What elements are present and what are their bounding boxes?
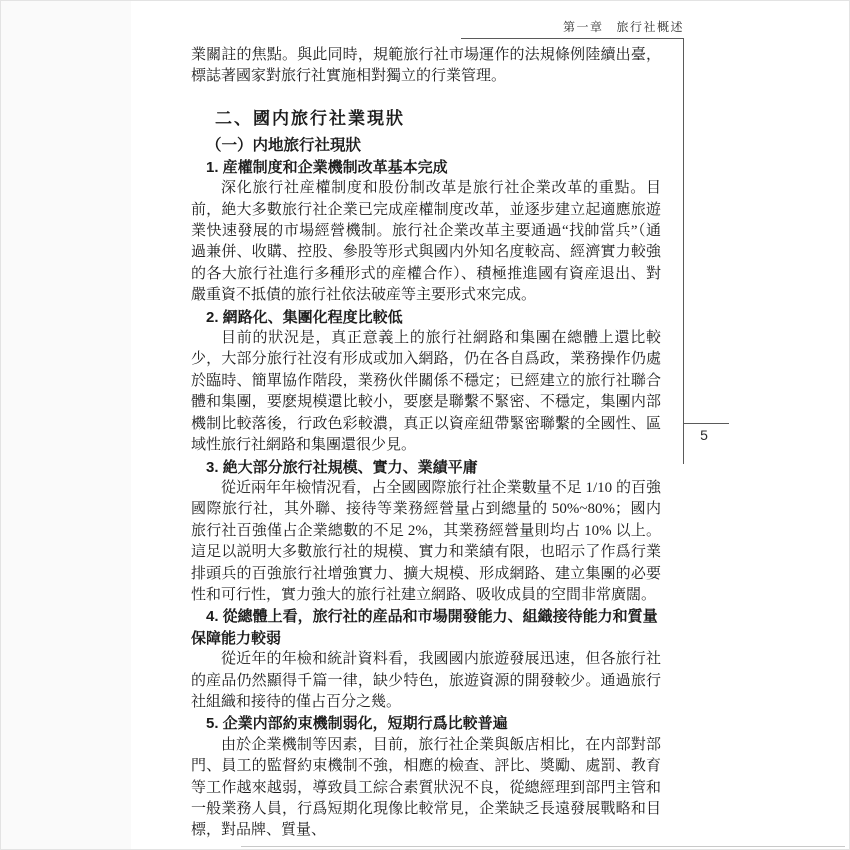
item-1-paragraph: 深化旅行社産權制度和股份制改革是旅行社企業改革的重點。目前，絶大多數旅行社企業已… xyxy=(191,178,661,306)
item-4-paragraph: 從近年的年檢和統計資料看，我國國内旅遊發展迅速，但各旅行社的産品仍然顯得千篇一律… xyxy=(191,649,661,713)
item-3-heading: 3. 絶大部分旅行社規模、實力、業績平庸 xyxy=(191,457,661,478)
item-1-heading: 1. 産權制度和企業機制改革基本完成 xyxy=(191,157,661,178)
item-3-paragraph: 從近兩年年檢情況看，占全國國際旅行社企業數量不足 1/10 的百強國際旅行社，其… xyxy=(191,478,661,606)
item-2-heading: 2. 網路化、集團化程度比較低 xyxy=(191,307,661,328)
page-number: 5 xyxy=(683,427,725,443)
continuation-paragraph: 業關註的焦點。與此同時，規範旅行社市場運作的法規條例陸續出臺，標誌著國家對旅行社… xyxy=(191,45,661,88)
header-rule xyxy=(461,38,684,39)
subsection-heading: （一）内地旅行社現狀 xyxy=(206,135,661,157)
running-header-chapter: 第一章 xyxy=(563,20,604,34)
item-5-heading: 5. 企業内部約束機制弱化，短期行爲比較普遍 xyxy=(191,713,661,734)
running-header: 第一章旅行社概述 xyxy=(1,18,684,35)
margin-vertical-rule xyxy=(683,38,684,464)
document-page: 第一章旅行社概述 5 業關註的焦點。與此同時，規範旅行社市場運作的法規條例陸續出… xyxy=(0,0,850,850)
running-header-title: 旅行社概述 xyxy=(616,20,684,34)
scan-bottom-edge xyxy=(241,846,845,847)
item-4-heading: 4. 從總體上看，旅行社的産品和市場開發能力、組織接待能力和質量保障能力較弱 xyxy=(191,606,661,649)
item-5-paragraph: 由於企業機制等因素，目前，旅行社企業與飯店相比，在内部對部門、員工的監督約束機制… xyxy=(191,735,661,842)
page-body: 業關註的焦點。與此同時，規範旅行社市場運作的法規條例陸續出臺，標誌著國家對旅行社… xyxy=(191,45,661,842)
section-heading: 二、國内旅行社業現狀 xyxy=(215,107,661,131)
item-2-paragraph: 目前的狀況是，真正意義上的旅行社網路和集團在總體上還比較少，大部分旅行社沒有形成… xyxy=(191,328,661,456)
scan-left-edge xyxy=(1,1,131,850)
page-number-tick xyxy=(683,423,729,424)
